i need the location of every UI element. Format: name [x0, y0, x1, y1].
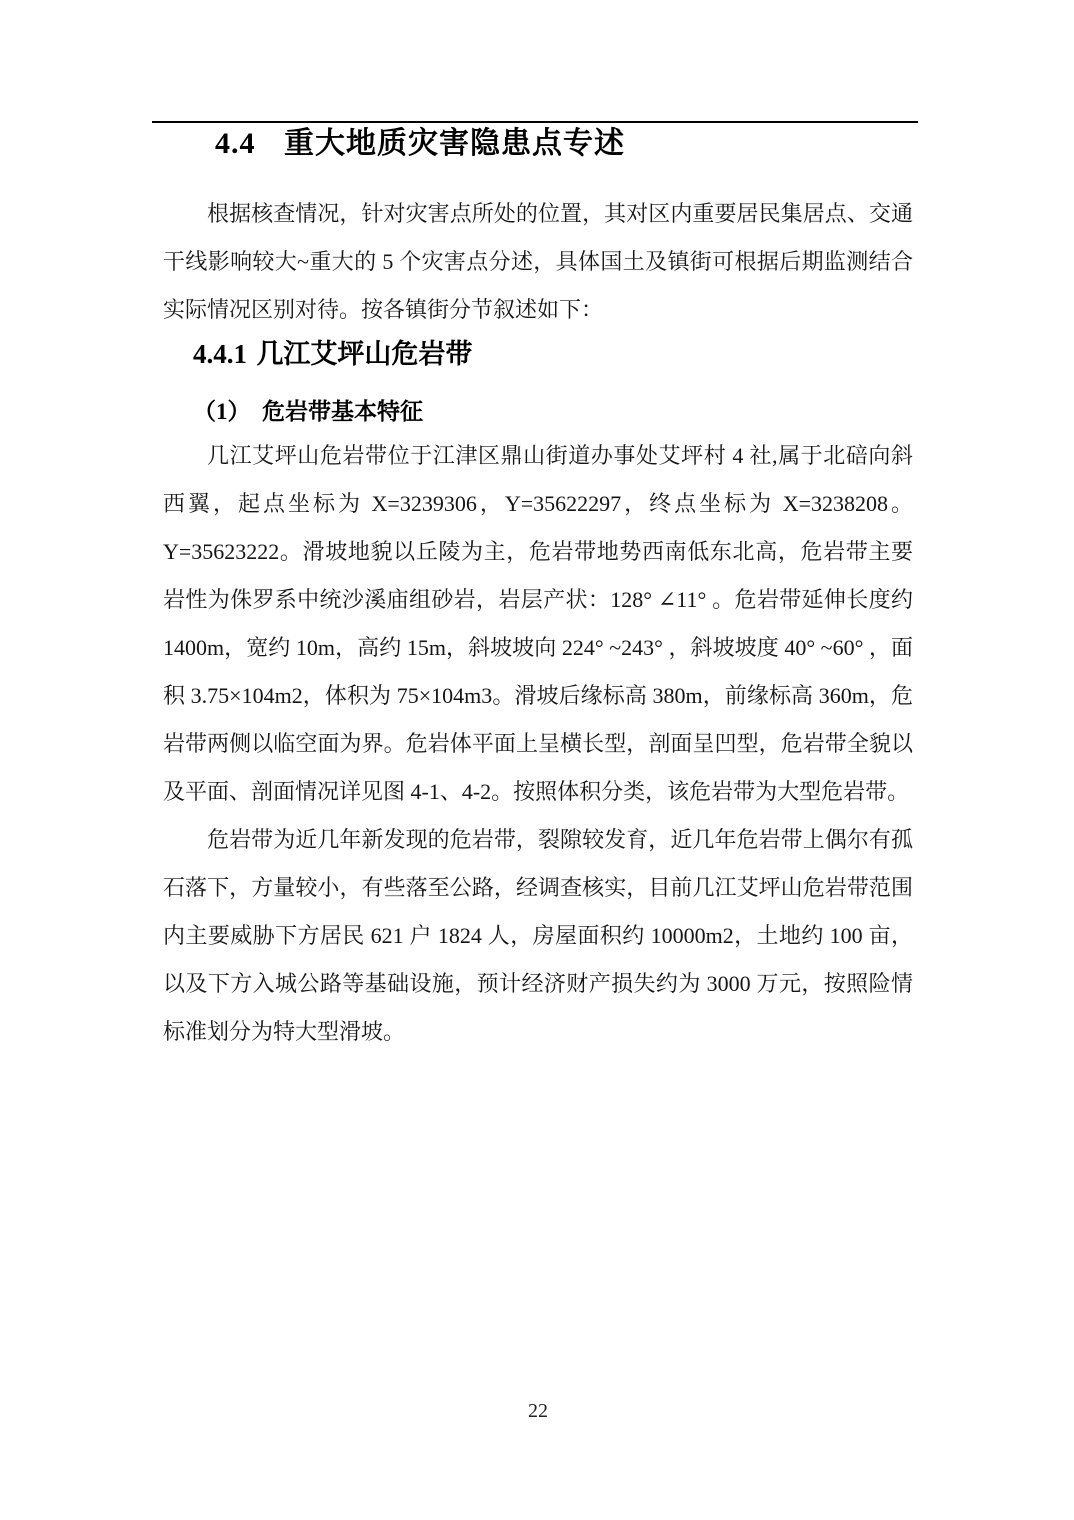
body-paragraph-2: 危岩带为近几年新发现的危岩带，裂隙较发育，近几年危岩带上偶尔有孤石落下，方量较小… — [163, 816, 913, 1056]
page-number: 22 — [163, 1398, 913, 1424]
subsection-heading: 4.4.1几江艾坪山危岩带 — [193, 334, 913, 374]
subsection-title: 几江艾坪山危岩带 — [256, 339, 472, 369]
item-heading: （1）危岩带基本特征 — [193, 394, 913, 430]
section-number: 4.4 — [215, 127, 256, 160]
body-paragraph-1: 几江艾坪山危岩带位于江津区鼎山街道办事处艾坪村 4 社,属于北碚向斜西翼，起点坐… — [163, 432, 913, 816]
document-page: 4.4重大地质灾害隐患点专述 根据核查情况，针对灾害点所处的位置，其对区内重要居… — [0, 0, 1074, 1520]
item-title: 危岩带基本特征 — [262, 399, 423, 424]
section-heading: 4.4重大地质灾害隐患点专述 — [215, 124, 913, 164]
section-title: 重大地质灾害隐患点专述 — [284, 127, 625, 160]
subsection-number: 4.4.1 — [193, 339, 247, 369]
item-label: （1） — [193, 399, 251, 424]
intro-paragraph: 根据核查情况，针对灾害点所处的位置，其对区内重要居民集居点、交通干线影响较大~重… — [163, 190, 913, 334]
page-content: 4.4重大地质灾害隐患点专述 根据核查情况，针对灾害点所处的位置，其对区内重要居… — [163, 0, 913, 1056]
